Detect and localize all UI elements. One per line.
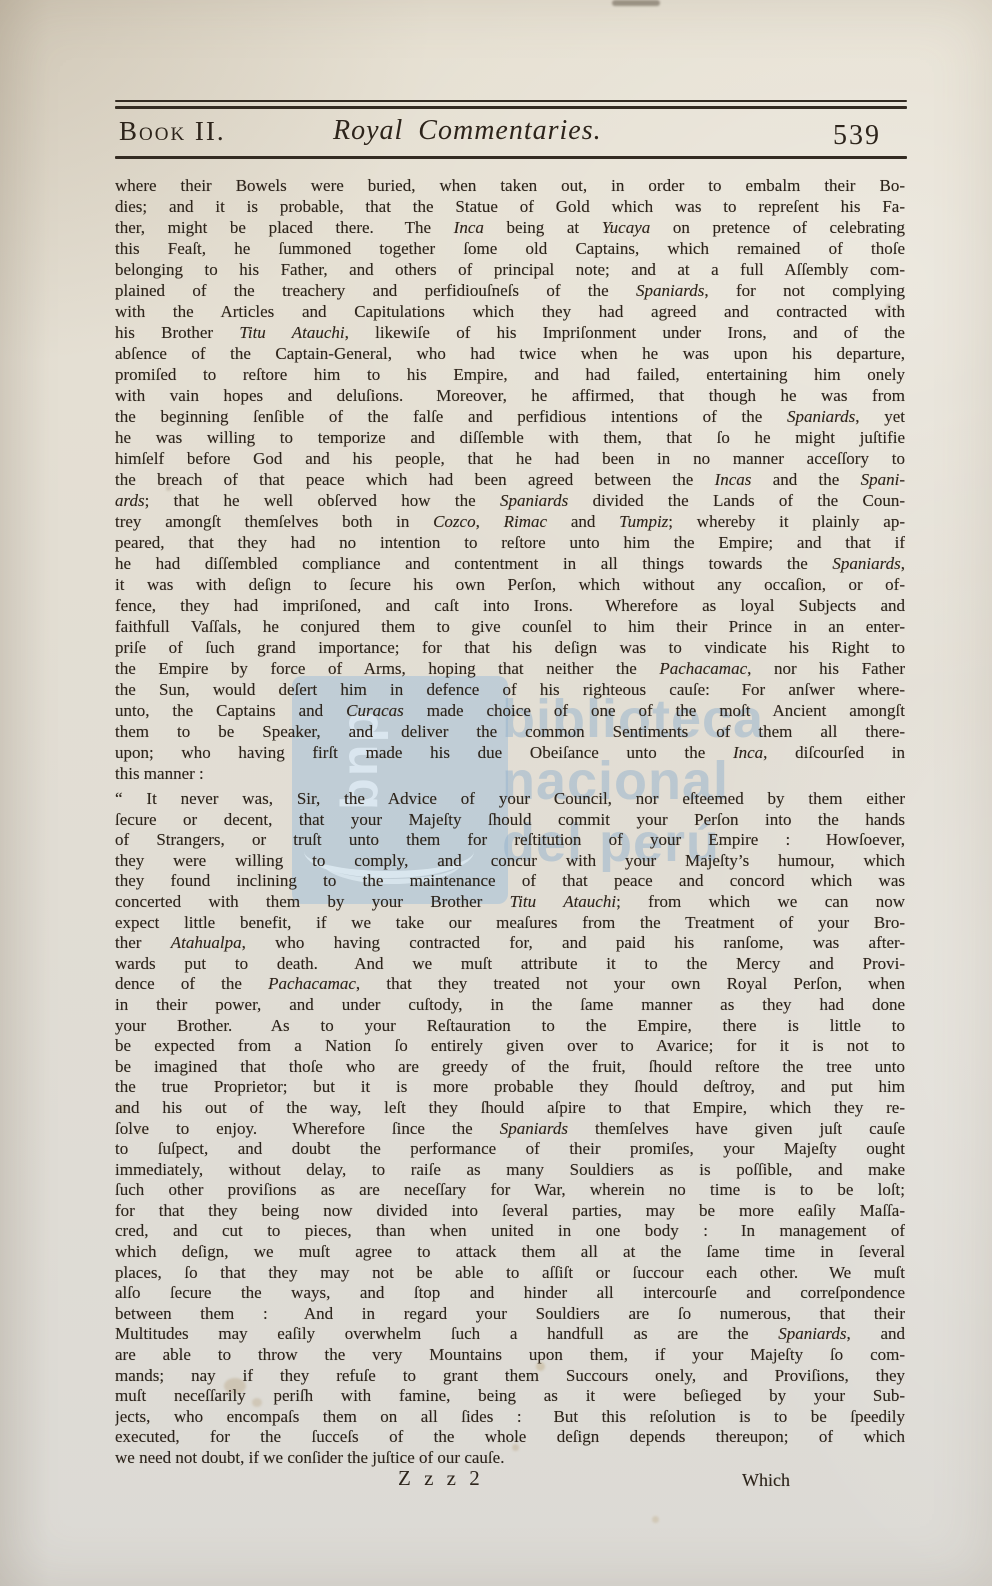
text-line: are able to throw the very Mountains upo…	[115, 1345, 905, 1366]
text-line: in their power, and under cuſtody, in th…	[115, 995, 905, 1016]
text-line: which deſign, we muſt agree to attack th…	[115, 1242, 905, 1263]
text-line: alſo ſecure the ways, and ſtop and hinde…	[115, 1283, 905, 1304]
text-line: himſelf before God and his people, that …	[115, 448, 905, 469]
text-line: the breach of that peace which had been …	[115, 469, 905, 490]
text-line: places, ſo that they may not be able to …	[115, 1263, 905, 1284]
text-line: wards put to death. And we muſt attribut…	[115, 954, 905, 975]
book-page: bnp biblioteca nacional del perú Book II…	[0, 0, 992, 1586]
text-line: fence, they had impriſoned, and caſt int…	[115, 595, 905, 616]
text-line: jects, who encompaſs them on all ſides :…	[115, 1407, 905, 1428]
text-line: plained of the treachery and perfidiouſn…	[115, 280, 905, 301]
text-line: ther Atahualpa, who having contracted fo…	[115, 933, 905, 954]
page-footer: Z z z 2 Which	[115, 1466, 905, 1500]
text-line: ſuch other proviſions as are neceſſary f…	[115, 1180, 905, 1201]
text-line: belonging to his Father, and others of p…	[115, 259, 905, 280]
text-line: the true Proprietor; but it is more prob…	[115, 1077, 905, 1098]
foxing-spot	[652, 1516, 659, 1523]
text-line: abſence of the Captain-General, who had …	[115, 343, 905, 364]
text-line: immediately, without delay, to raiſe as …	[115, 1160, 905, 1181]
text-line: he was willing to temporize and diſſembl…	[115, 427, 905, 448]
text-line: peared, that they had no intention to re…	[115, 532, 905, 553]
text-line: mands; nay if they refuſe to grant them …	[115, 1366, 905, 1387]
text-line: this Feaſt, he ſummoned together ſome ol…	[115, 238, 905, 259]
text-line: ards; that he well obſerved how the Span…	[115, 490, 905, 511]
text-line: your Brother. As to your Reſtauration to…	[115, 1016, 905, 1037]
text-line: between them : And in regard your Souldi…	[115, 1304, 905, 1325]
text-line: priſe of ſuch grand importance; for that…	[115, 637, 905, 658]
text-line: be expected from a Nation ſo entirely gi…	[115, 1036, 905, 1057]
text-line: unto, the Captains and Curacas made choi…	[115, 700, 905, 721]
text-line: this manner :	[115, 763, 905, 784]
text-line: the Sun, would deſert him in defence of …	[115, 679, 905, 700]
text-line: and his out of the way, leſt they ſhould…	[115, 1098, 905, 1119]
text-line: executed, for the ſucceſs of the whole d…	[115, 1427, 905, 1448]
text-line: cred, and cut to pieces, than when unite…	[115, 1221, 905, 1242]
page-number: 539	[833, 120, 881, 152]
text-line: the beginning ſenſible of the falſe and …	[115, 406, 905, 427]
text-line: with the Articles and Capitulations whic…	[115, 301, 905, 322]
page-title: Royal Commentaries.	[333, 115, 602, 147]
text-line: dence of the Pachacamac, that they treat…	[115, 974, 905, 995]
header-rule-bottom	[115, 156, 907, 159]
header-rule-top-2	[115, 106, 907, 109]
text-line: the Empire by force of Arms, hoping that…	[115, 658, 905, 679]
text-line: with vain hopes and deluſions. Moreover,…	[115, 385, 905, 406]
text-line: promiſed to reſtore him to his Empire, a…	[115, 364, 905, 385]
text-line: ther, might be placed there. The Inca be…	[115, 217, 905, 238]
text-line: “ It never was, Sir, the Advice of your …	[115, 789, 905, 810]
header-rule-top	[115, 100, 907, 102]
text-line: them to be Speaker, and deliver the comm…	[115, 721, 905, 742]
text-line: it was with deſign to ſecure his own Per…	[115, 574, 905, 595]
text-line: expect little benefit, if we take our me…	[115, 913, 905, 934]
text-line: trey amongſt themſelves both in Cozco, R…	[115, 511, 905, 532]
text-line: he had diſſembled compliance and content…	[115, 553, 905, 574]
paragraph-lines: where their Bowels were buried, when tak…	[115, 175, 905, 784]
scan-smudge	[612, 0, 660, 6]
speech-lines: “ It never was, Sir, the Advice of your …	[115, 789, 905, 1469]
text-line: where their Bowels were buried, when tak…	[115, 175, 905, 196]
text-line: be imagined that thoſe who are greedy of…	[115, 1057, 905, 1078]
text-line: they were willing to comply, and concur …	[115, 851, 905, 872]
text-line: concerted with them by your Brother Titu…	[115, 892, 905, 913]
text-line: upon; who having firſt made his due Obei…	[115, 742, 905, 763]
text-line: dies; and it is probable, that the Statu…	[115, 196, 905, 217]
text-line: of Strangers, or truſt unto them for reſ…	[115, 830, 905, 851]
text-line: his Brother Titu Atauchi, likewiſe of hi…	[115, 322, 905, 343]
text-line: to ſuſpect, and doubt the performance of…	[115, 1139, 905, 1160]
text-line: faithfull Vaſſals, he conjured them to g…	[115, 616, 905, 637]
book-label: Book II.	[119, 116, 226, 147]
text-line: muſt neceſſarily periſh with famine, bei…	[115, 1386, 905, 1407]
catchword: Which	[742, 1470, 790, 1491]
text-line: ſecure or decent, that your Majeſty ſhou…	[115, 810, 905, 831]
signature-mark: Z z z 2	[398, 1466, 484, 1491]
text-line: for that they being now divided into ſev…	[115, 1201, 905, 1222]
text-line: Multitudes may eaſily overwhelm ſuch a h…	[115, 1324, 905, 1345]
running-header: Book II. Royal Commentaries. 539	[115, 110, 907, 156]
text-line: ſolve to enjoy. Wherefore ſince the Span…	[115, 1119, 905, 1140]
text-line: they found inclining to the maintenance …	[115, 871, 905, 892]
